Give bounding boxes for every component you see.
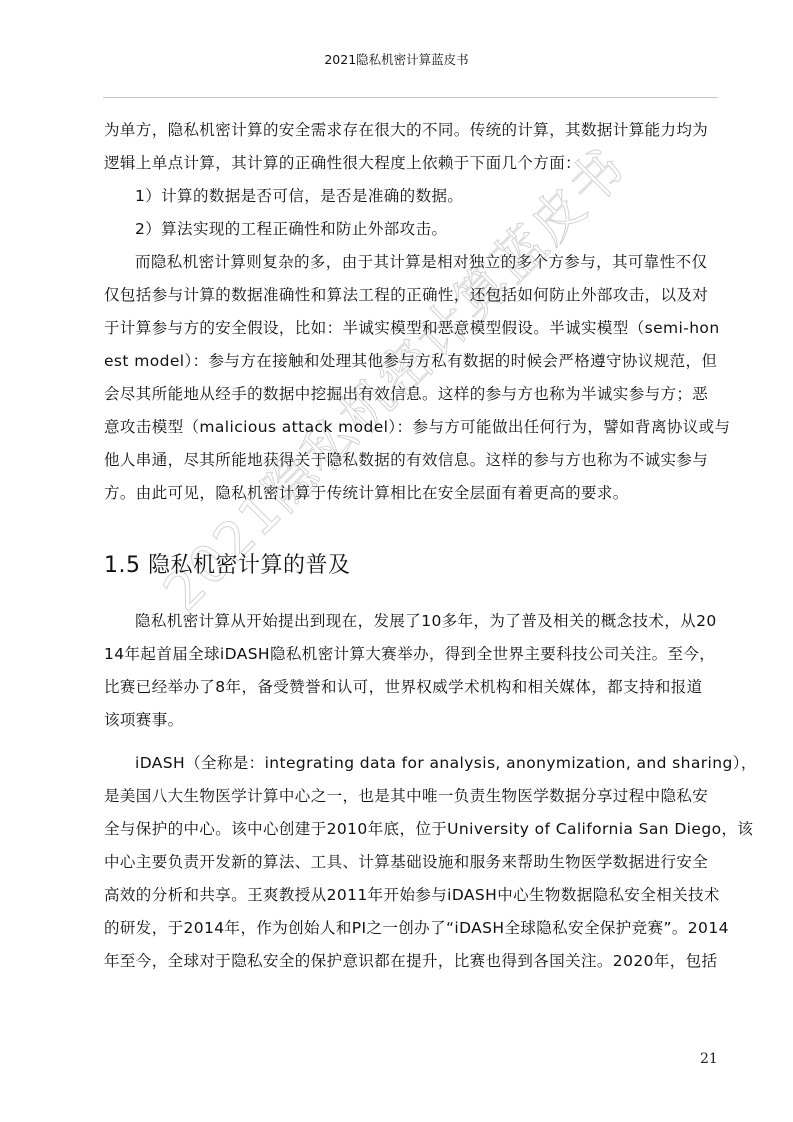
paragraph-line: 为单方，隐私机密计算的安全需求存在很大的不同。传统的计算，其数据计算能力均为 [104,119,718,152]
paragraph-line: 14年起首届全球iDASH隐私机密计算大赛举办，得到全世界主要科技公司关注。至今… [104,643,718,676]
paragraph-line: 而隐私机密计算则复杂的多，由于其计算是相对独立的多个方参与，其可靠性不仅 [104,251,718,284]
paragraph-line: 该项赛事。 [104,709,718,742]
paragraph-line: est model）：参与方在接触和处理其他参与方私有数据的时候会严格遵守协议规… [104,350,718,383]
paragraph-line: 年至今，全球对于隐私安全的保护意识都在提升，比赛也得到各国关注。2020年，包括 [104,950,718,983]
paragraph-line: 于计算参与方的安全假设，比如：半诚实模型和恶意模型假设。半诚实模型（semi-h… [104,317,718,350]
paragraph-line: 意攻击模型（malicious attack model）：参与方可能做出任何行… [104,416,718,449]
paragraph-line: 高效的分析和共享。王爽教授从2011年开始参与iDASH中心生物数据隐私安全相关… [104,884,718,917]
paragraph-line: 中心主要负责开发新的算法、工具、计算基础设施和服务来帮助生物医学数据进行安全 [104,851,718,884]
paragraph-line: 逻辑上单点计算，其计算的正确性很大程度上依赖于下面几个方面： [104,152,718,185]
paragraph-line: 的研发，于2014年，作为创始人和PI之一创办了“iDASH全球隐私安全保护竞赛… [104,917,718,950]
page-number: 21 [700,1051,718,1067]
running-header: 2021隐私机密计算蓝皮书 [0,50,793,68]
paragraph-line: 隐私机密计算从开始提出到现在，发展了10多年，为了普及相关的概念技术，从20 [104,610,718,643]
list-item: 1）计算的数据是否可信，是否是准确的数据。 [104,185,718,218]
paragraph-line: 全与保护的中心。该中心创建于2010年底，位于University of Cal… [104,818,718,851]
section-heading: 1.5 隐私机密计算的普及 [104,551,718,601]
paragraph-line: iDASH（全称是：integrating data for analysis,… [104,752,718,785]
paragraph-line: 仅包括参与计算的数据准确性和算法工程的正确性，还包括如何防止外部攻击，以及对 [104,284,718,317]
paragraph-line: 是美国八大生物医学计算中心之一，也是其中唯一负责生物医学数据分享过程中隐私安 [104,785,718,818]
paragraph-line: 比赛已经举办了8年，备受赞誉和认可，世界权威学术机构和相关媒体，都支持和报道 [104,676,718,709]
page-body: 为单方，隐私机密计算的安全需求存在很大的不同。传统的计算，其数据计算能力均为 逻… [104,119,718,983]
paragraph-line: 他人串通，尽其所能地获得关于隐私数据的有效信息。这样的参与方也称为不诚实参与 [104,449,718,482]
header-divider [103,97,718,98]
list-item: 2）算法实现的工程正确性和防止外部攻击。 [104,218,718,251]
paragraph-line: 会尽其所能地从经手的数据中挖掘出有效信息。这样的参与方也称为半诚实参与方；恶 [104,383,718,416]
paragraph-line: 方。由此可见，隐私机密计算于传统计算相比在安全层面有着更高的要求。 [104,482,718,515]
